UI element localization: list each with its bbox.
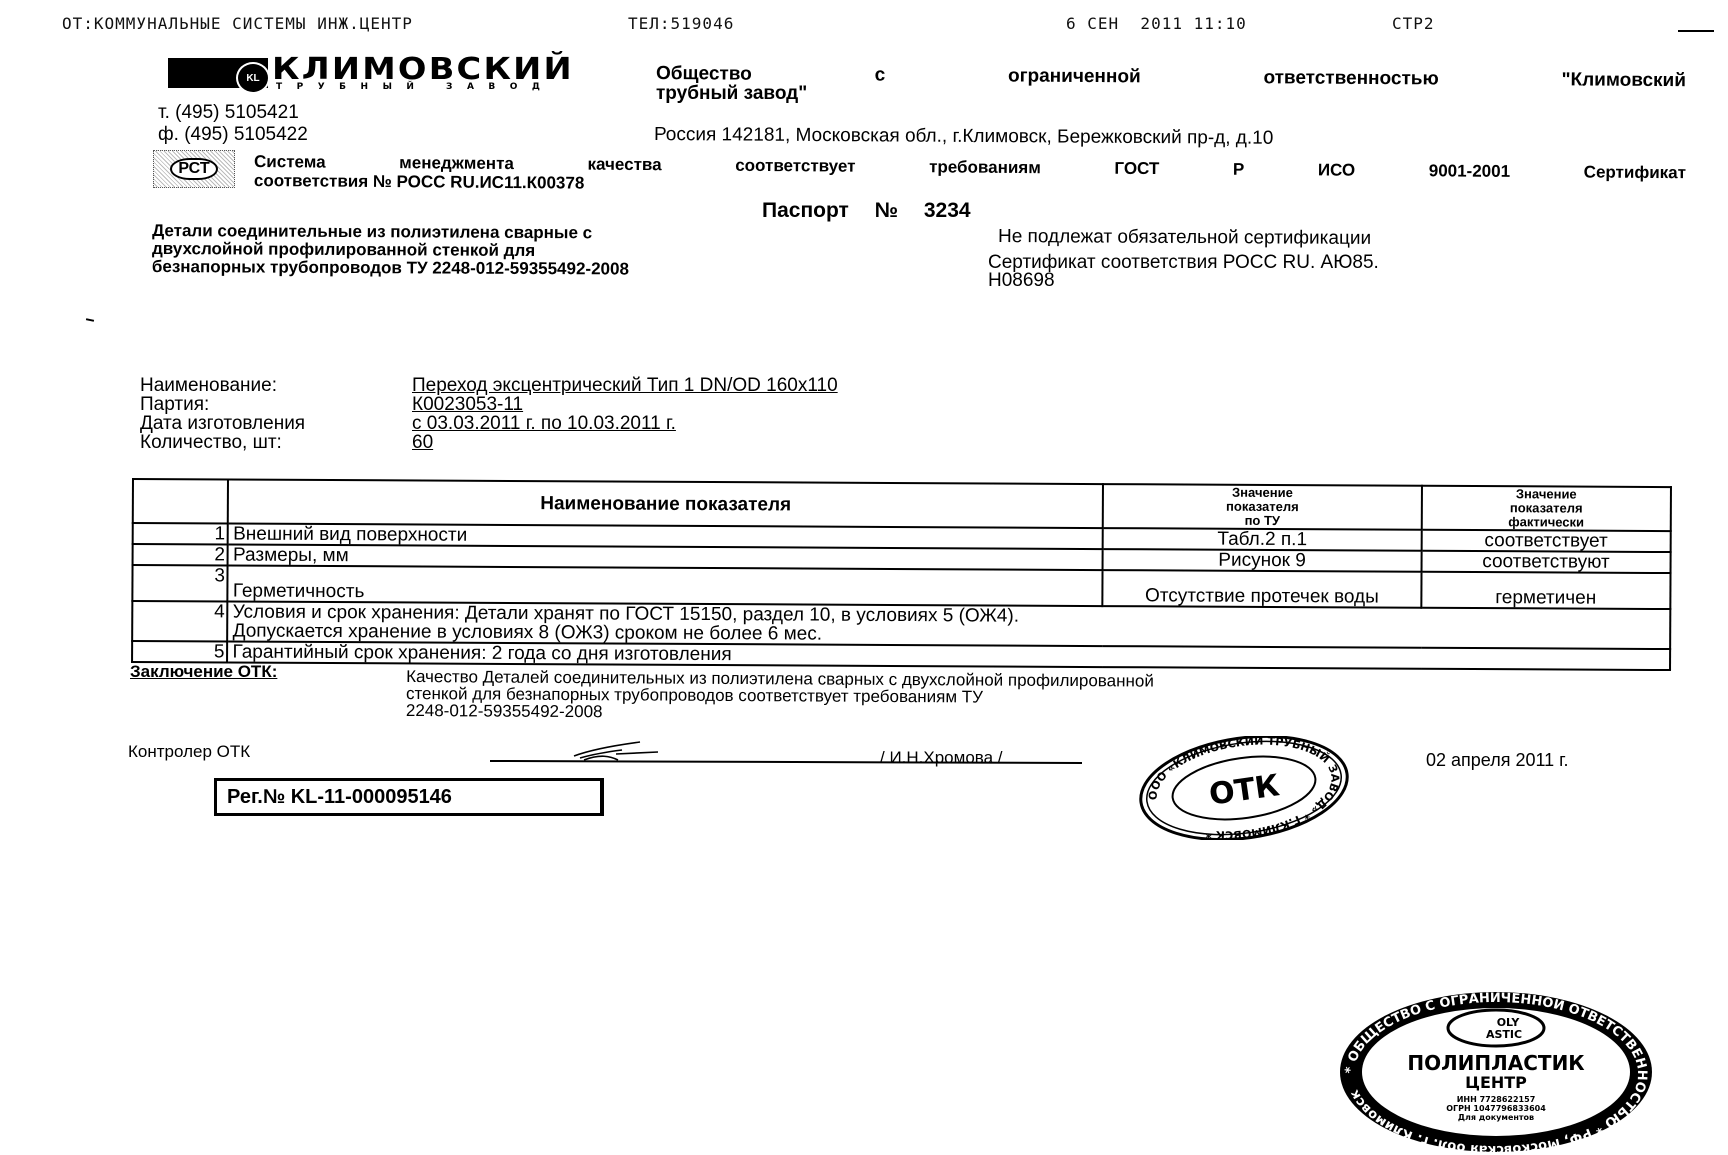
company-address: Россия 142181, Московская обл., г.Климов… bbox=[654, 124, 1273, 150]
company-name: Обществосограниченнойответственностью"Кл… bbox=[656, 64, 1686, 104]
conclusion-text: Качество Деталей соединительных из полиэ… bbox=[406, 668, 1696, 727]
svg-text:ASTIC: ASTIC bbox=[1486, 1028, 1522, 1041]
controller-label: Контролер ОТК bbox=[128, 742, 250, 762]
info-row-batch: Партия: К0023053-11 bbox=[140, 395, 838, 414]
info-row-quantity: Количество, шт: 60 bbox=[140, 433, 838, 452]
phone: т. (495) 5105421 bbox=[158, 102, 308, 124]
svg-text:ОТК: ОТК bbox=[1207, 768, 1282, 813]
fax-page: СТР2 bbox=[1392, 14, 1435, 33]
svg-text:ОГРН 1047796833604: ОГРН 1047796833604 bbox=[1446, 1104, 1546, 1113]
quality-statement: Системаменеджментакачествасоответствуетт… bbox=[254, 152, 1686, 201]
product-info: Наименование: Переход эксцентрический Ти… bbox=[140, 376, 838, 452]
svg-text:ЦЕНТР: ЦЕНТР bbox=[1465, 1073, 1527, 1092]
fax-datetime: 6 СЕН 2011 11:10 bbox=[1066, 14, 1247, 33]
product-name: Переход эксцентрический Тип 1 DN/OD 160х… bbox=[412, 376, 838, 395]
info-row-date: Дата изготовления с 03.03.2011 г. по 10.… bbox=[140, 414, 838, 433]
conclusion-label: Заключение ОТК: bbox=[130, 662, 277, 682]
fax: ф. (495) 5105422 bbox=[158, 124, 308, 146]
scan-artifact bbox=[86, 318, 94, 322]
indicators-table: Наименование показателя Значениепоказате… bbox=[131, 478, 1672, 671]
passport-title: Паспорт № 3234 bbox=[762, 199, 971, 223]
svg-text:Для документов: Для документов bbox=[1458, 1113, 1534, 1122]
otk-stamp: ООО «КЛИМОВСКИЙ ТРУБНЫЙ ЗАВОД» * Г.КЛИМО… bbox=[1136, 736, 1352, 840]
rst-certification-icon: РСТ bbox=[153, 150, 235, 188]
fax-phone: ТЕЛ:519046 bbox=[628, 14, 734, 33]
controller-name: / И.Н.Хромова / bbox=[880, 748, 1003, 768]
logo-subtitle: ТРУБНЫЙ ЗАВОД bbox=[276, 82, 554, 92]
batch-number: К0023053-11 bbox=[412, 395, 523, 414]
svg-text:ПОЛИПЛАСТИК: ПОЛИПЛАСТИК bbox=[1407, 1051, 1585, 1075]
header-indicator: Наименование показателя bbox=[228, 480, 1103, 529]
company-logo: KL КЛИМОВСКИЙ ТРУБНЫЙ ЗАВОД bbox=[168, 58, 608, 94]
manufacture-date: с 03.03.2011 г. по 10.03.2011 г. bbox=[412, 414, 676, 433]
fax-sender: ОТ:КОММУНАЛЬНЫЕ СИСТЕМЫ ИНЖ.ЦЕНТР bbox=[62, 14, 413, 33]
quantity: 60 bbox=[412, 433, 433, 452]
document-date: 02 апреля 2011 г. bbox=[1426, 750, 1569, 771]
product-description: Детали соединительные из полиэтилена сва… bbox=[152, 222, 629, 278]
certificate-number: Сертификат соответствия РОСС RU. АЮ85. Н… bbox=[988, 254, 1379, 290]
contacts: т. (495) 5105421 ф. (495) 5105422 bbox=[158, 102, 308, 146]
svg-text:ИНН 7728622157: ИНН 7728622157 bbox=[1457, 1095, 1536, 1104]
signature-icon bbox=[570, 740, 660, 762]
header-tu-value: Значениепоказателяпо ТУ bbox=[1103, 484, 1422, 530]
fax-mark bbox=[1678, 30, 1714, 32]
certification-note: Не подлежат обязательной сертификации bbox=[998, 228, 1371, 248]
logo-globe-icon: KL bbox=[236, 62, 270, 94]
header-actual-value: Значениепоказателяфактически bbox=[1422, 486, 1671, 531]
polyplastic-stamp: * ОБЩЕСТВО С ОГРАНИЧЕННОЙ ОТВЕТСТВЕННОСТ… bbox=[1336, 984, 1656, 1152]
info-row-name: Наименование: Переход эксцентрический Ти… bbox=[140, 376, 838, 395]
registration-number: Рег.№ KL-11-000095146 bbox=[214, 778, 604, 816]
